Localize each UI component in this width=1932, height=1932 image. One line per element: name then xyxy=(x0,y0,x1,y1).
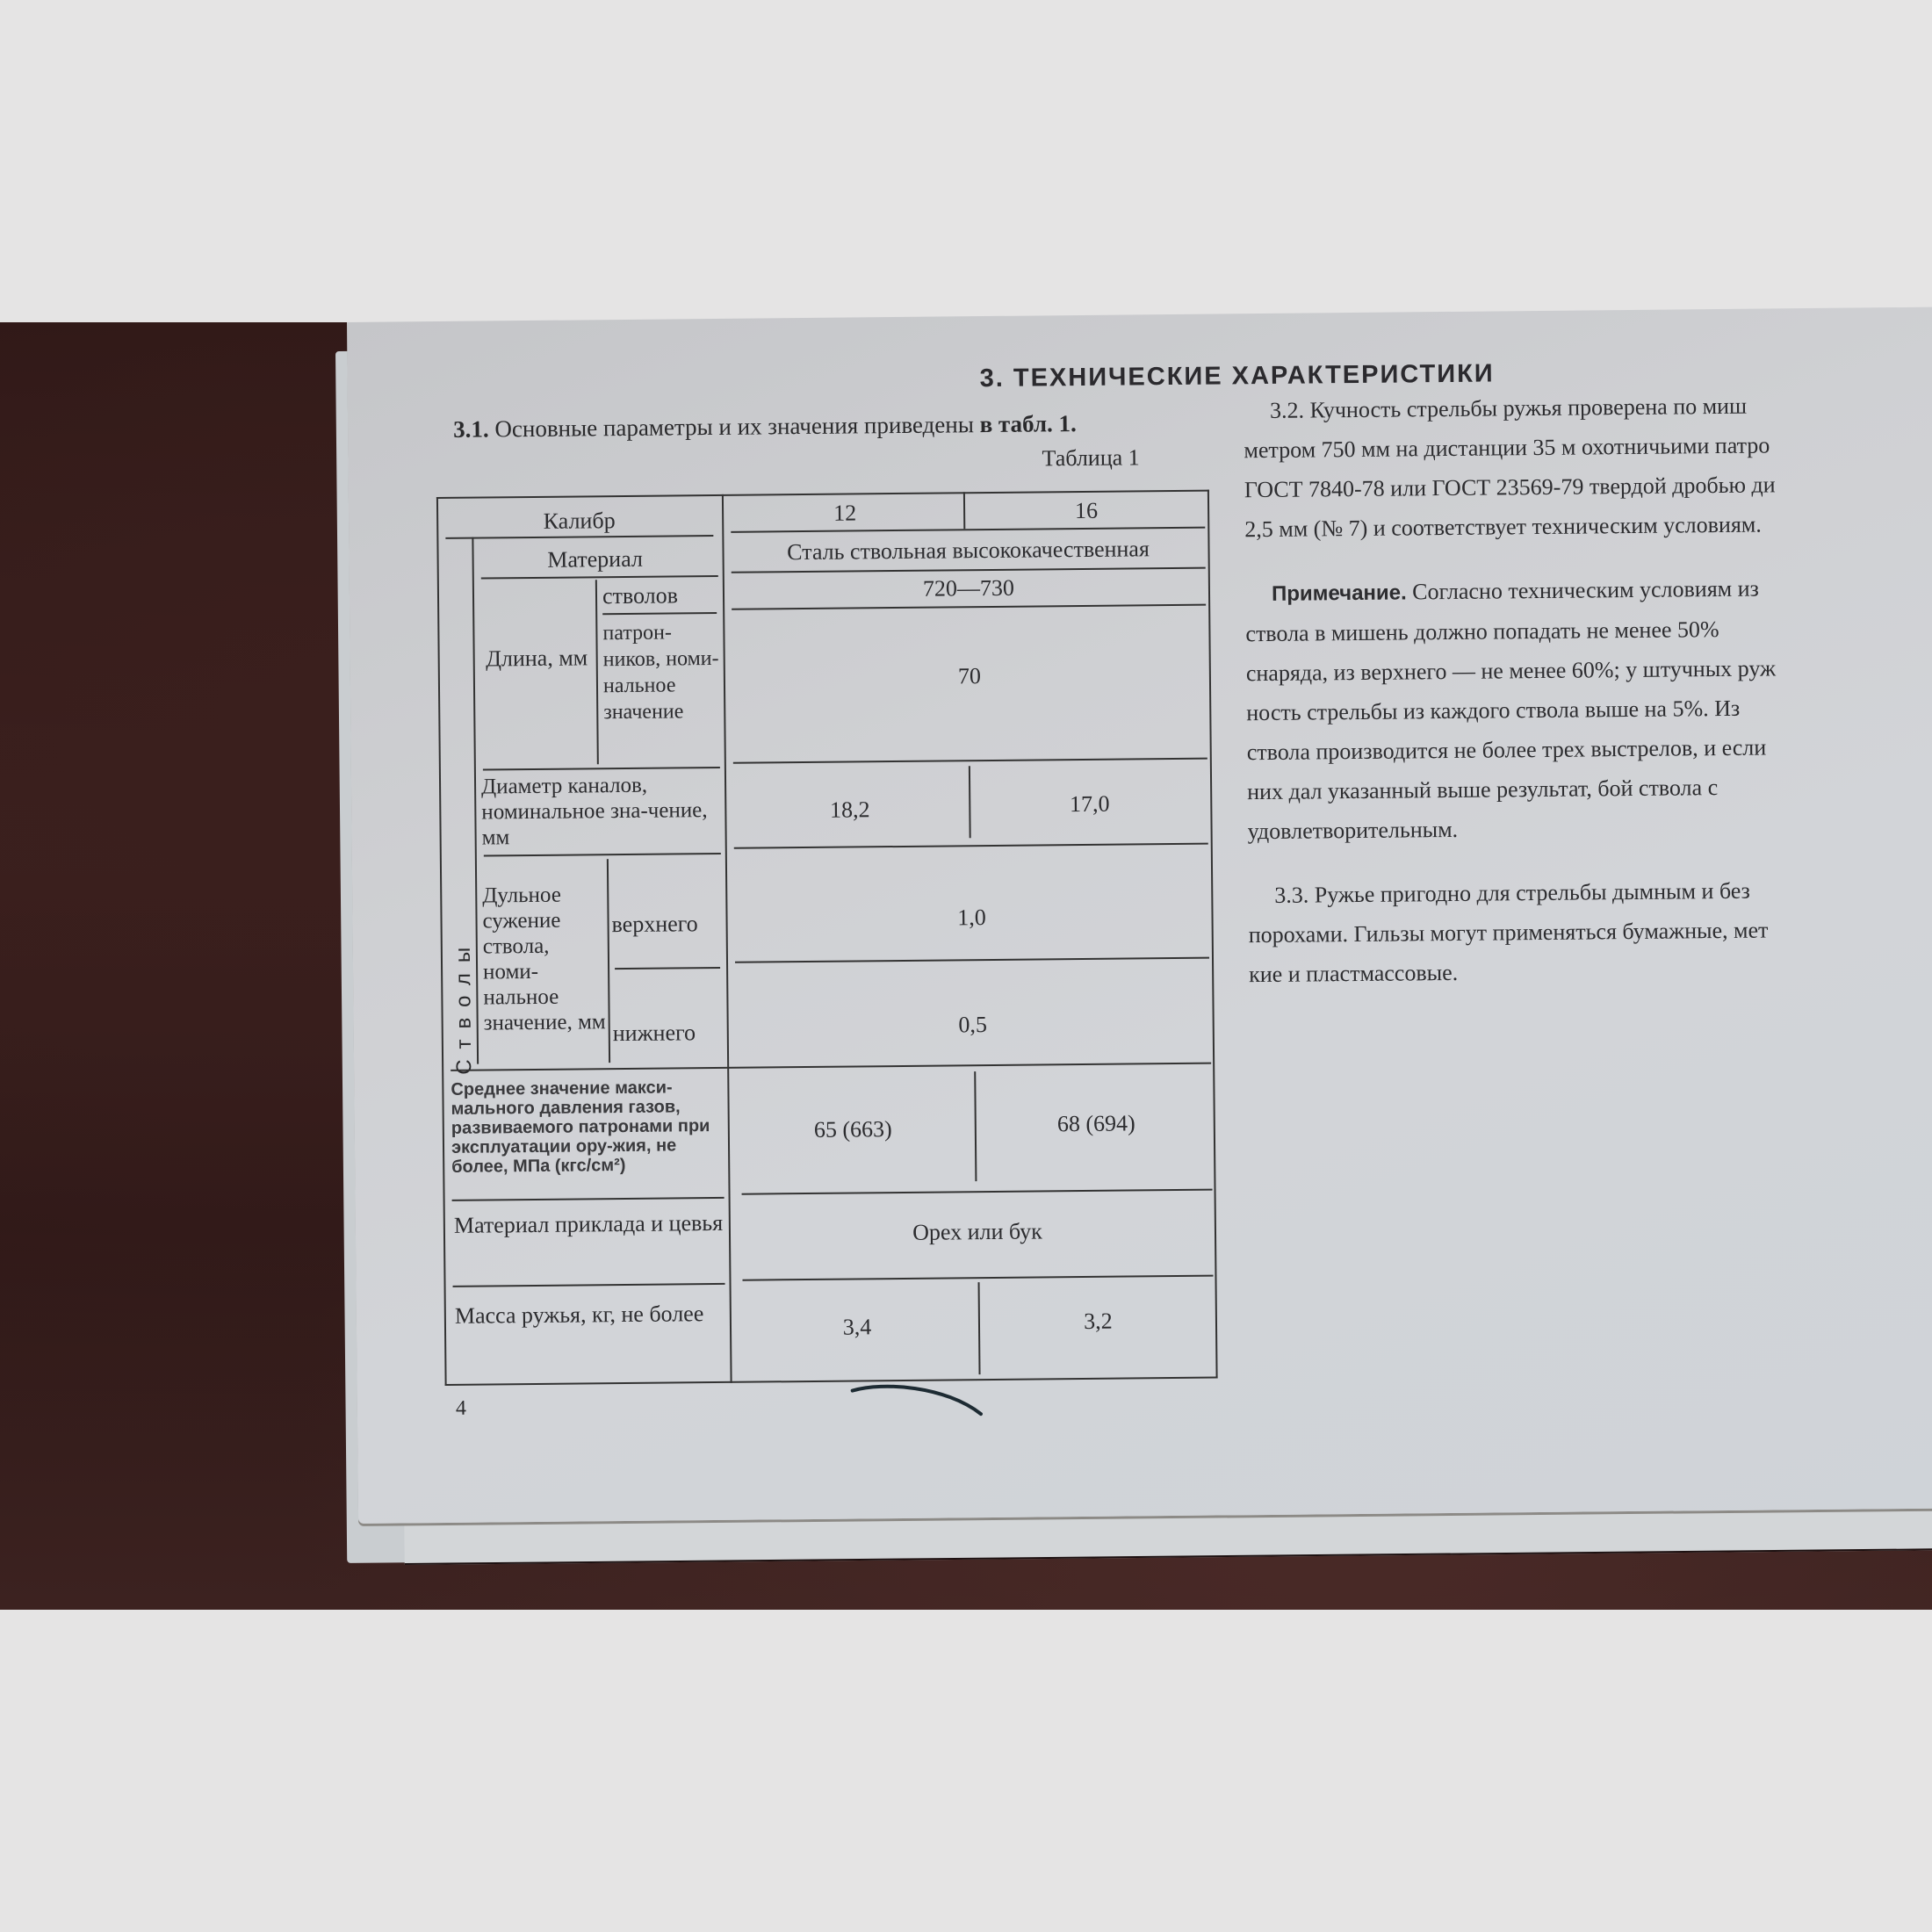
p33-line-2: порохами. Гильзы могут применяться бумаж… xyxy=(1249,908,1932,955)
length-barrels-label: стволов xyxy=(602,582,721,609)
paragraph-number: 3.1. xyxy=(453,415,489,442)
material-value: Сталь ствольная высококачественная xyxy=(731,536,1205,566)
table-caption: Таблица 1 xyxy=(1042,444,1139,472)
bore-diameter-12: 18,2 xyxy=(733,796,966,824)
paragraph-text: Основные параметры и их значения приведе… xyxy=(494,411,974,442)
length-chambers-label: патрон-ников, номи-нальное значение xyxy=(602,619,722,725)
length-chambers-value: 70 xyxy=(732,661,1207,691)
note-line-5: ствола производится не более трех выстре… xyxy=(1247,725,1932,772)
mass-12: 3,4 xyxy=(739,1313,976,1341)
p32-line-4: 2,5 мм (№ 7) и соответствует техническим… xyxy=(1244,502,1932,549)
note-line-6: них дал указанный выше результат, бой ст… xyxy=(1247,765,1932,811)
page-number: 4 xyxy=(456,1397,466,1421)
note-text-1: Согласно техническим условиям из xyxy=(1412,576,1759,605)
pressure-label: Среднее значение макси-мального давления… xyxy=(451,1078,724,1177)
p33-line-1: 3.3. Ружье пригодно для стрельбы дымным … xyxy=(1248,869,1932,915)
right-column-text: 3.2. Кучность стрельбы ружья проверена п… xyxy=(1244,384,1932,994)
section-title: 3. ТЕХНИЧЕСКИЕ ХАРАКТЕРИСТИКИ xyxy=(979,359,1494,393)
length-barrels-value: 720—730 xyxy=(732,573,1206,603)
p32-line-1: 3.2. Кучность стрельбы ружья проверена п… xyxy=(1244,384,1932,430)
note-line-2: ствола в мишень должно попадать не менее… xyxy=(1245,607,1932,653)
document-page: 3. ТЕХНИЧЕСКИЕ ХАРАКТЕРИСТИКИ 3.1. Основ… xyxy=(347,306,1932,1524)
table-reference: в табл. 1. xyxy=(979,410,1076,437)
material-label: Материал xyxy=(476,545,713,573)
note-label: Примечание. xyxy=(1272,580,1407,605)
bore-diameter-label: Диаметр каналов, номинальное зна-чение, … xyxy=(481,772,724,851)
header-caliber-16: 16 xyxy=(968,497,1205,525)
specs-table: Калибр 12 16 Стволы Материал Сталь ствол… xyxy=(436,490,1218,1386)
pressure-16: 68 (694) xyxy=(980,1110,1213,1138)
choke-upper-label: верхнего xyxy=(611,911,725,937)
stock-material-label: Материал приклада и цевья xyxy=(454,1210,726,1238)
handwritten-ink-mark-icon xyxy=(849,1379,1008,1433)
mass-label: Масса ружья, кг, не более xyxy=(455,1301,727,1329)
note-line-1: Примечание. Согласно техническим условия… xyxy=(1245,566,1932,614)
choke-lower-label: нижнего xyxy=(613,1020,727,1046)
header-caliber-12: 12 xyxy=(726,499,963,527)
paragraph-3-1: 3.1. Основные параметры и их значения пр… xyxy=(453,410,1077,443)
note-line-3: снаряда, из верхнего — не менее 60%; у ш… xyxy=(1246,646,1932,693)
choke-upper-value: 1,0 xyxy=(734,903,1208,933)
stock-material-value: Орех или бук xyxy=(742,1217,1213,1247)
p32-line-2: метром 750 мм на дистанции 35 м охотничь… xyxy=(1244,423,1932,470)
note-line-4: ность стрельбы из каждого ствола выше на… xyxy=(1246,686,1932,732)
note-line-7: удовлетворительным. xyxy=(1247,804,1932,851)
choke-label: Дульное сужение ствола, номи-нальное зна… xyxy=(482,882,607,1035)
p32-line-3: ГОСТ 7840-78 или ГОСТ 23569-79 твердой д… xyxy=(1244,463,1932,509)
header-caliber-label: Калибр xyxy=(436,507,722,535)
length-label: Длина, мм xyxy=(478,645,596,671)
choke-lower-value: 0,5 xyxy=(736,1010,1210,1040)
pressure-12: 65 (663) xyxy=(737,1115,970,1143)
p33-line-3: кие и пластмассовые. xyxy=(1249,948,1932,994)
mass-16: 3,2 xyxy=(982,1308,1215,1336)
bore-diameter-16: 17,0 xyxy=(973,790,1206,818)
